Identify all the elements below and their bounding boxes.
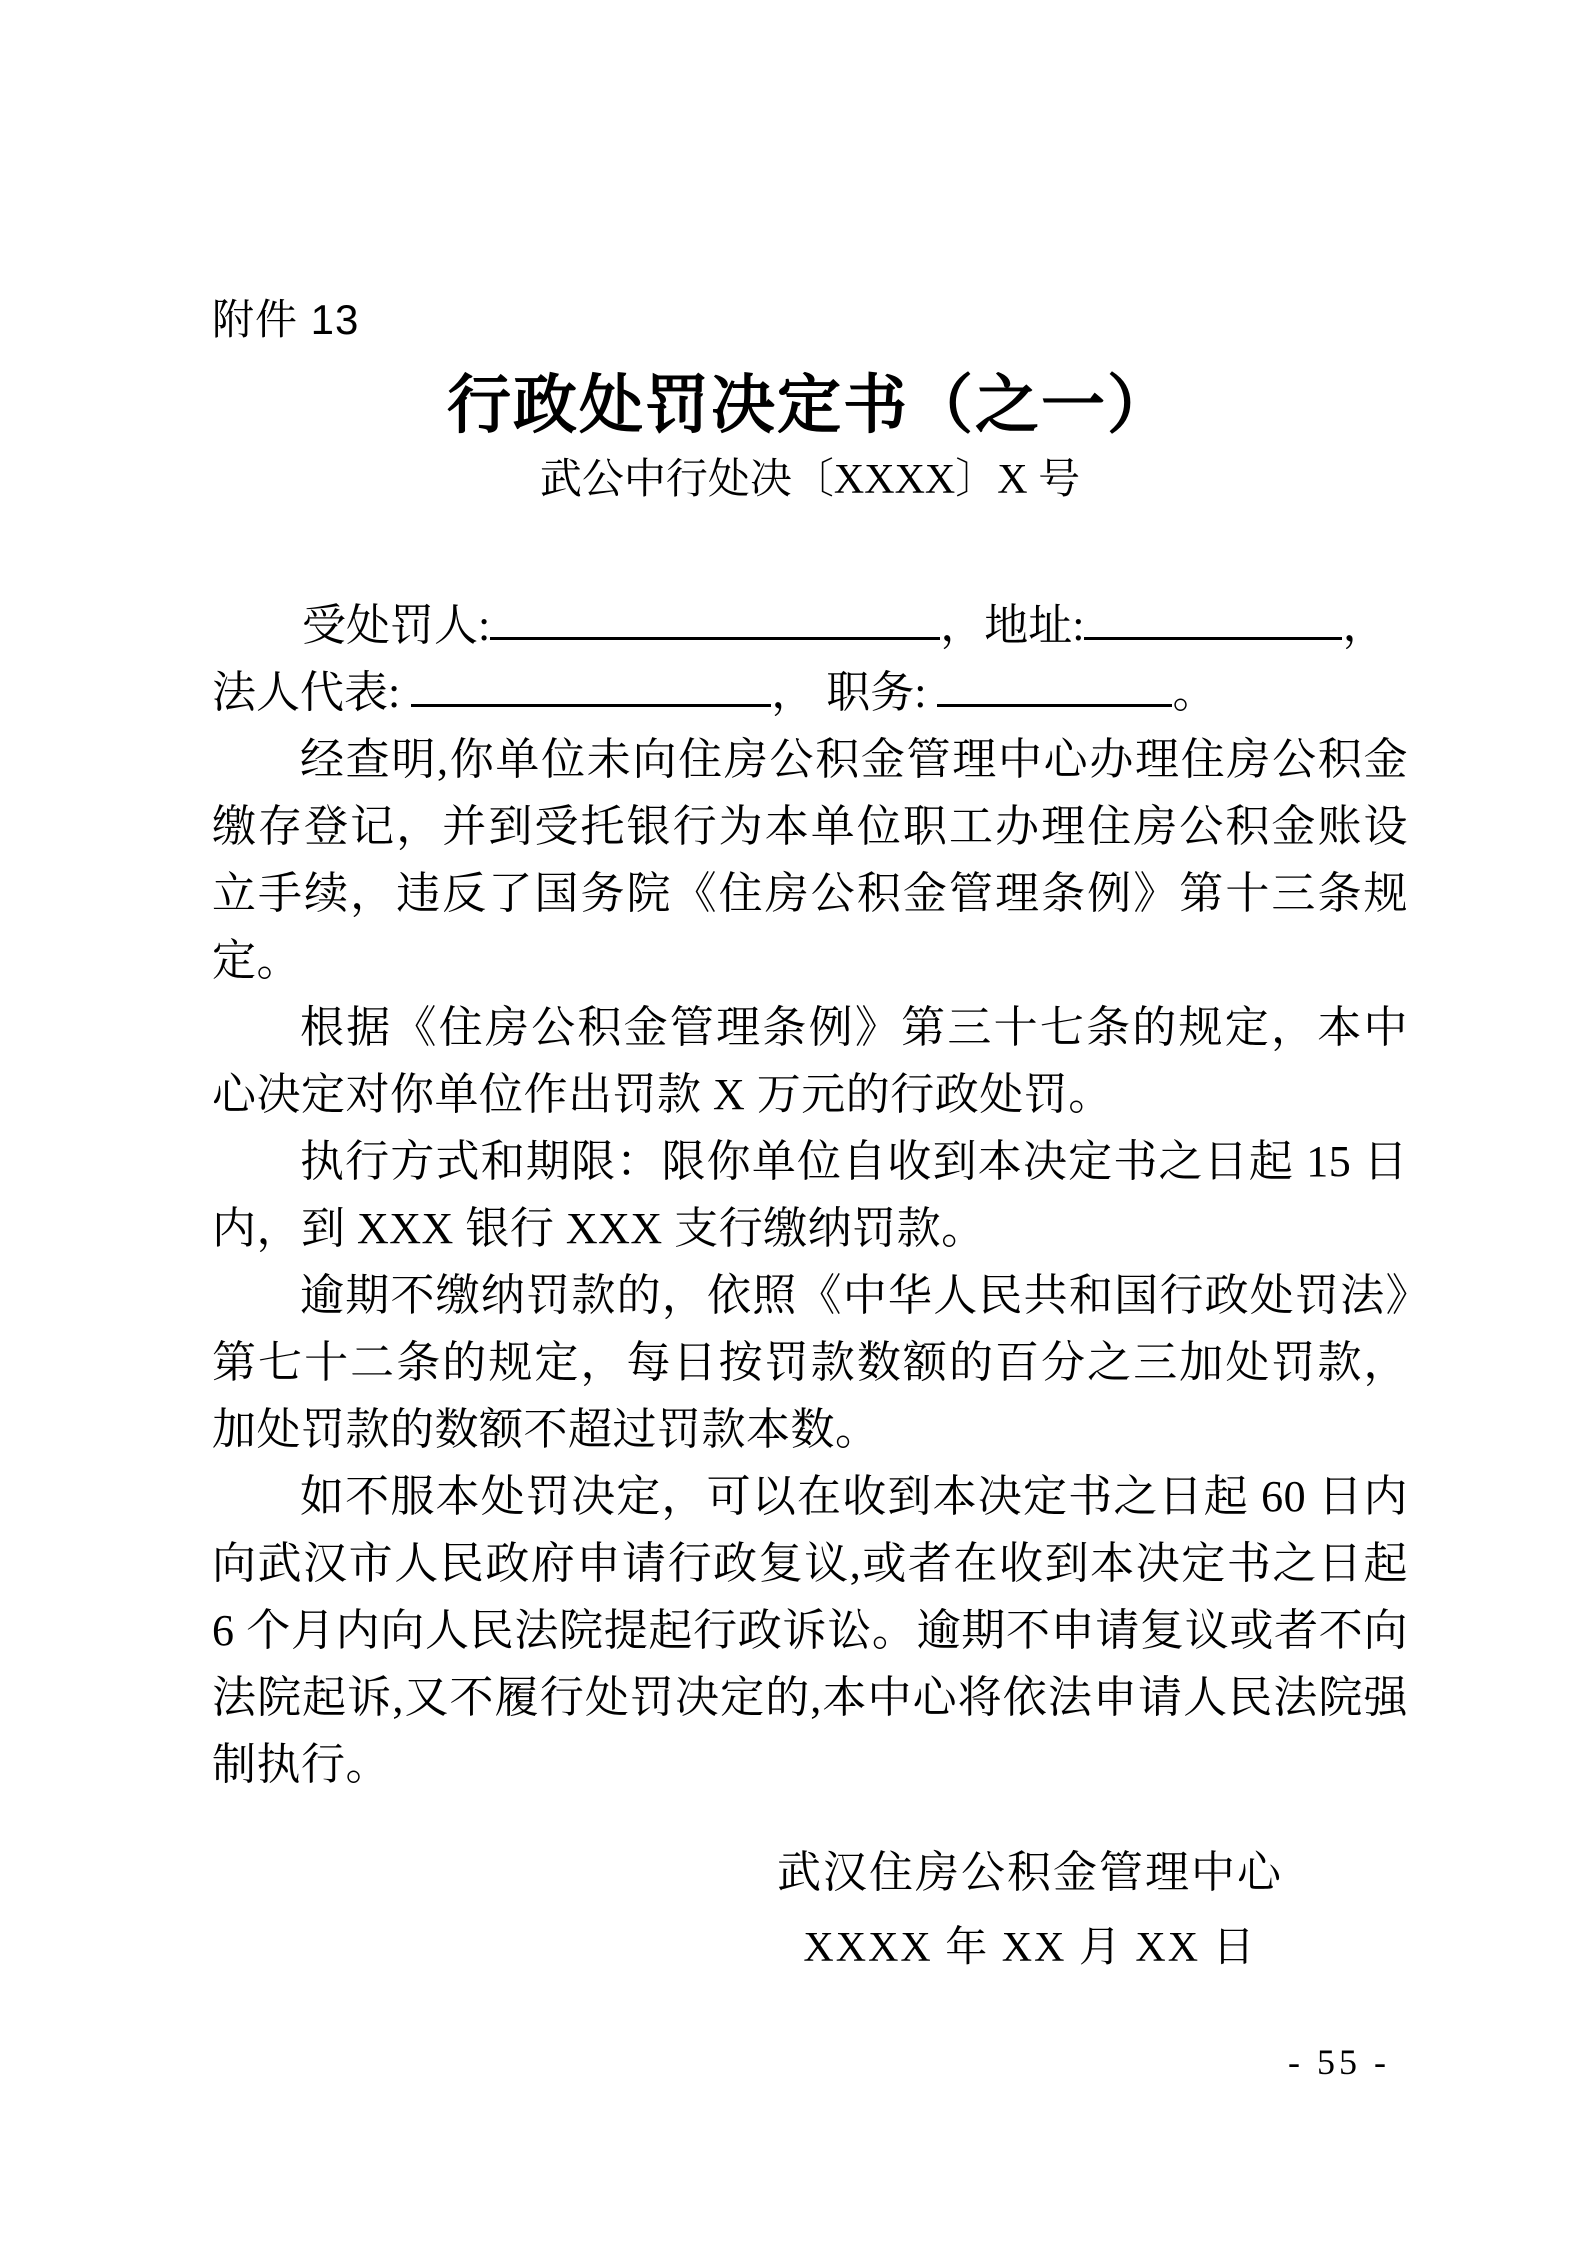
page-title: 行政处罚决定书（之一）: [212, 368, 1408, 444]
document-number: 武公中行处决〔XXXX〕X 号: [212, 454, 1408, 506]
recipient-line: 受处罚人:，地址:，: [212, 592, 1408, 659]
body-paragraph-findings: 经查明,你单位未向住房公积金管理中心办理住房公积金缴存登记，并到受托银行为本单位…: [212, 726, 1408, 994]
page-number: - 55 -: [1288, 2040, 1390, 2084]
recipient-name-label: 受处罚人:: [302, 601, 490, 650]
recipient-address-blank-underline: [1084, 597, 1342, 640]
body-paragraph-late-payment: 逾期不缴纳罚款的，依照《中华人民共和国行政处罚法》第七十二条的规定，每日按罚款数…: [212, 1262, 1408, 1463]
document-content: 附件 13 行政处罚决定书（之一） 武公中行处决〔XXXX〕X 号 受处罚人:，…: [212, 0, 1408, 1798]
legal-rep-line: 法人代表: ， 职务: 。: [212, 659, 1408, 726]
body-paragraph-execution: 执行方式和期限：限你单位自收到本决定书之日起 15 日内，到 XXX 银行 XX…: [212, 1128, 1408, 1262]
document-body: 受处罚人:，地址:， 法人代表: ， 职务: 。 经查明,你单位未向住房公积金管…: [212, 592, 1408, 1798]
legal-rep-label: 法人代表:: [212, 668, 411, 717]
signature-date: XXXX 年 XX 月 XX 日: [740, 1918, 1320, 1978]
document-page: 附件 13 行政处罚决定书（之一） 武公中行处决〔XXXX〕X 号 受处罚人:，…: [0, 0, 1587, 2245]
legal-rep-blank-underline: [411, 664, 771, 707]
job-title-label: ， 职务:: [771, 668, 937, 717]
recipient-line-trailing-comma: ，: [1342, 601, 1386, 650]
body-paragraph-penalty-decision: 根据《住房公积金管理条例》第三十七条的规定，本中心决定对你单位作出罚款 X 万元…: [212, 994, 1408, 1128]
signature-block: 武汉住房公积金管理中心 XXXX 年 XX 月 XX 日: [740, 1840, 1320, 1978]
job-title-blank-underline: [937, 664, 1172, 707]
recipient-name-blank-underline: [490, 597, 940, 640]
attachment-label: 附件 13: [212, 296, 1408, 344]
recipient-address-label: ，地址:: [940, 601, 1084, 650]
body-paragraph-appeal-rights: 如不服本处罚决定，可以在收到本决定书之日起 60 日内向武汉市人民政府申请行政复…: [212, 1463, 1408, 1798]
signature-organization: 武汉住房公积金管理中心: [740, 1840, 1320, 1906]
legal-rep-line-trailing-period: 。: [1172, 668, 1216, 717]
